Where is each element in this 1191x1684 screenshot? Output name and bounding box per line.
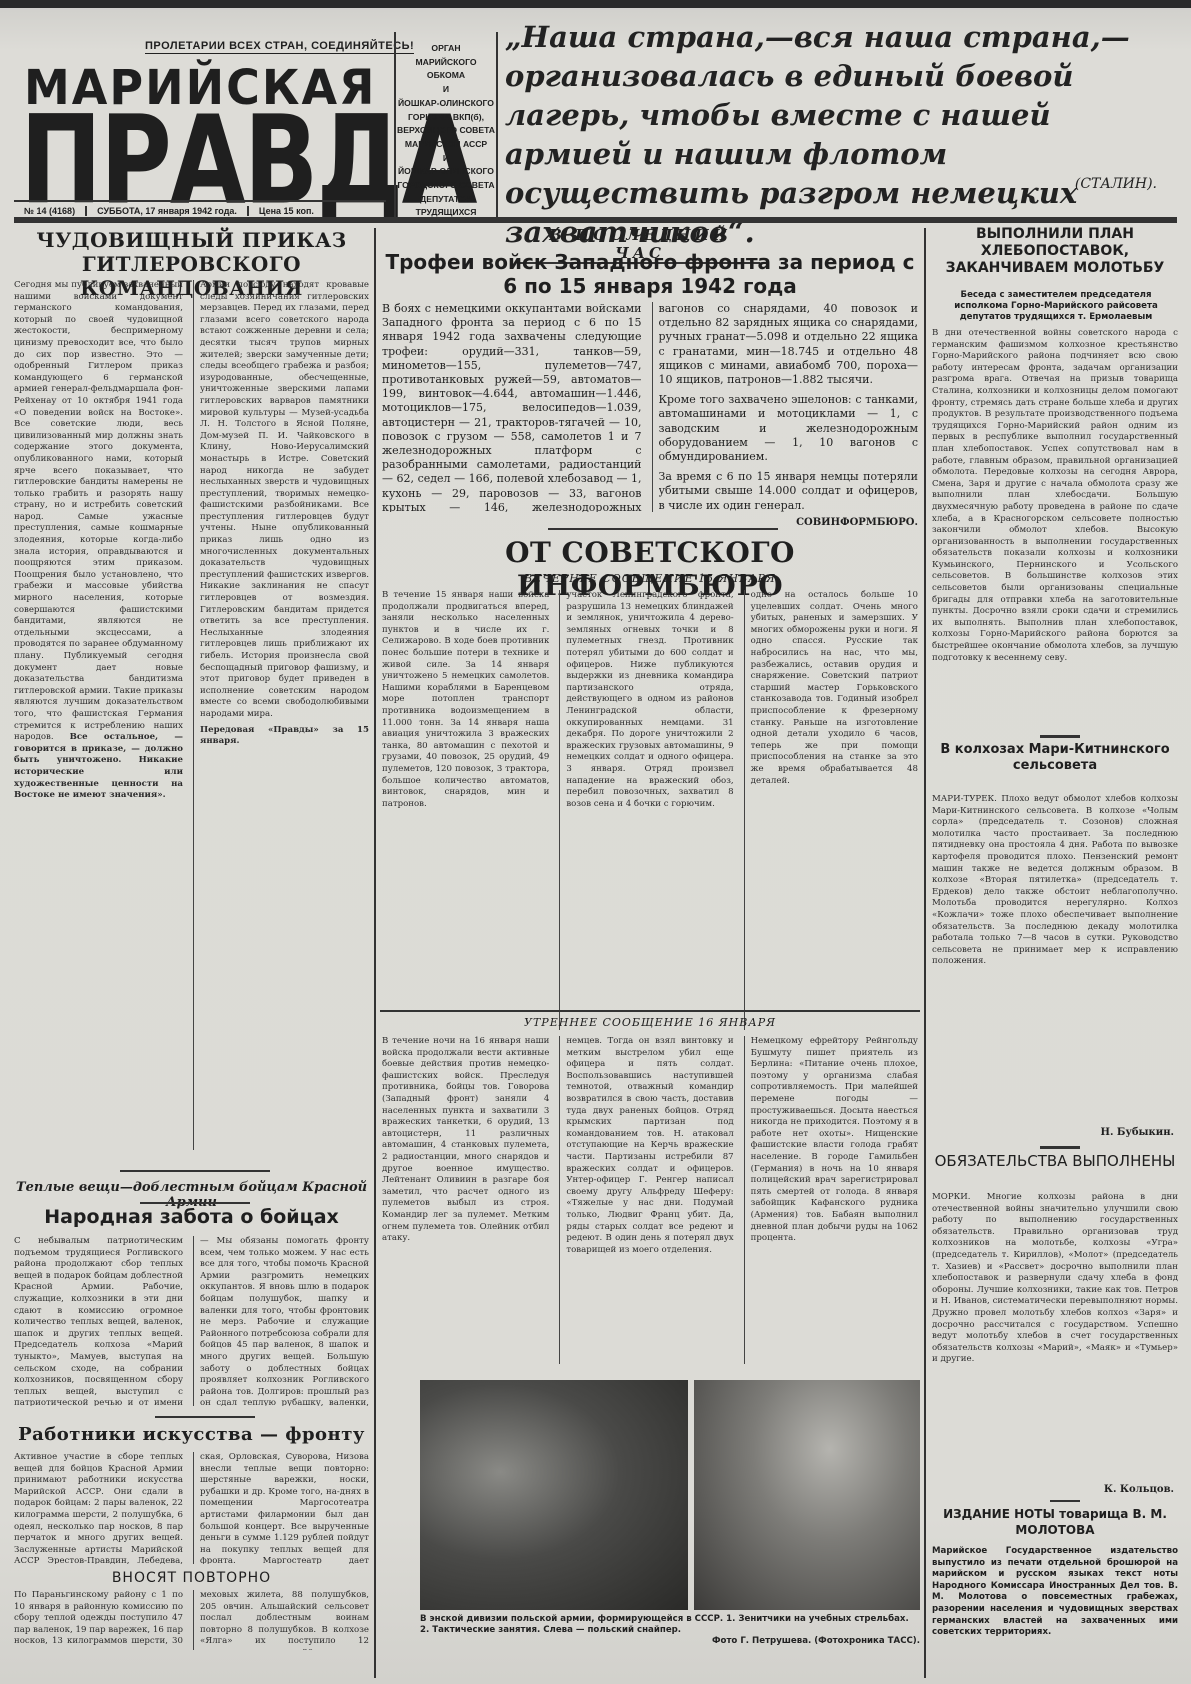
morning-col1: В течение ночи на 16 января наши войска … — [382, 1036, 549, 1364]
order-source: Передовая «Правды» за 15 января. — [200, 725, 369, 747]
divider — [1040, 1146, 1080, 1149]
bread-plan-headline: ВЫПОЛНИЛИ ПЛАН ХЛЕБОПОСТАВОК, ЗАКАНЧИВАЕ… — [930, 226, 1180, 277]
organ-line: ГОРКОМА ВКП(б), — [396, 111, 496, 125]
masthead-rule — [14, 217, 1177, 223]
organ-line: ВЕРХОВНОГО СОВЕТА — [396, 124, 496, 138]
divider — [155, 1416, 255, 1418]
organ-line: ЙОШКАР-ОЛИНСКОГО — [396, 165, 496, 179]
divider — [1040, 735, 1080, 738]
issue-date: СУББОТА, 17 января 1942 года. — [87, 206, 249, 216]
art-workers-body: Активное участие в сборе теплых вещей дл… — [14, 1452, 369, 1564]
issue-price: Цена 15 коп. — [249, 206, 324, 216]
repeat-col2: меховых жилета, 88 полушубков, 205 овчин… — [193, 1590, 369, 1650]
order-col1-end: Все остальное, — говорится в приказе, — … — [14, 732, 183, 800]
molotov-body: Марийское Государственное издательство в… — [932, 1546, 1178, 1656]
bread-plan-subhead: Беседа с заместителем председателя испол… — [934, 290, 1178, 323]
art-workers-col2: ская, Орловская, Суворова, Низова внесли… — [193, 1452, 369, 1564]
evening-col2: участок Ленинградского фронта, разрушила… — [559, 590, 733, 1030]
last-hour-body: В боях с немецкими оккупантами войсками … — [382, 302, 918, 512]
organ-line: ЙОШКАР-ОЛИНСКОГО — [396, 97, 496, 111]
obligations-headline: ОБЯЗАТЕЛЬСТВА ВЫПОЛНЕНЫ — [930, 1152, 1180, 1170]
organ-line: И — [396, 83, 496, 97]
divider — [140, 1202, 250, 1204]
last-hour-col2-p2: Кроме того захвачено эшелонов: с танками… — [659, 393, 919, 464]
last-hour-headline: Трофеи войск Западного фронта за период … — [380, 250, 920, 298]
quote-text: „Наша страна,—вся наша страна,—организов… — [505, 20, 1130, 249]
evening-col1: В течение 15 января наши войска продолжа… — [382, 590, 549, 1030]
repeat-body: По Параньгинскому району с 1 по 10 январ… — [14, 1590, 369, 1650]
order-article-body: Сегодня мы публикуем захваченный нашими … — [14, 280, 369, 1150]
warm-things-col1: С небывалым патриотическим подъемом труд… — [14, 1236, 183, 1406]
organ-line: И — [396, 152, 496, 166]
order-col1: Сегодня мы публикуем захваченный нашими … — [14, 280, 183, 742]
column-rule — [374, 228, 376, 1678]
quote-author: (СТАЛИН). — [1075, 176, 1157, 192]
art-workers-headline: Работники искусства — фронту — [14, 1424, 369, 1445]
obligations-body: МОРКИ. Многие колхозы района в дни отече… — [932, 1192, 1178, 1482]
newspaper-page: ПРОЛЕТАРИИ ВСЕХ СТРАН, СОЕДИНЯЙТЕСЬ! МАР… — [0, 0, 1191, 1684]
organ-line: ДЕПУТАТОВ — [396, 193, 496, 207]
organ-line: МАРИЙСКОЙ АССР — [396, 138, 496, 152]
last-hour-signature: СОВИНФОРМБЮРО. — [659, 517, 919, 528]
warm-things-headline: Народная забота о бойцах — [14, 1206, 369, 1228]
warm-things-body: С небывалым патриотическим подъемом труд… — [14, 1236, 369, 1406]
morning-report-body: В течение ночи на 16 января наши войска … — [382, 1036, 918, 1364]
photo-credit: Фото Г. Петрушева. (Фотохроника ТАСС). — [420, 1636, 920, 1647]
bread-plan-body: В дни отечественной войны советского нар… — [932, 328, 1178, 728]
organ-line: ОРГАН — [396, 42, 496, 56]
repeat-headline: ВНОСЯТ ПОВТОРНО — [14, 1570, 369, 1586]
divider — [380, 1010, 920, 1012]
obligations-signature: К. Кольцов. — [932, 1484, 1174, 1495]
organ-line: МАРИЙСКОГО ОБКОМА — [396, 56, 496, 83]
photo-caption: В энской дивизии польской армии, формиру… — [420, 1614, 920, 1647]
order-col2: Армии повсюду находят кровавые следы хоз… — [200, 280, 369, 719]
morning-col3: Немецкому ефрейтору Рейнгольду Бушмуту п… — [744, 1036, 918, 1364]
evening-report-body: В течение 15 января наши войска продолжа… — [382, 590, 918, 1030]
morning-col2: немцев. Тогда он взял винтовку и метким … — [559, 1036, 733, 1364]
stalin-quote: „Наша страна,—вся наша страна,—организов… — [505, 18, 1185, 218]
evening-col3: одно на осталось больше 10 уцелевших сол… — [744, 590, 918, 1030]
photo-caption-text: В энской дивизии польской армии, формиру… — [420, 1614, 909, 1635]
evening-report-title: ВЕЧЕРНЕЕ СООБЩЕНИЕ 15 ЯНВАРЯ — [380, 572, 920, 585]
molotov-headline: ИЗДАНИЕ НОТЫ товарища В. М. МОЛОТОВА — [930, 1506, 1180, 1538]
photo-anti-aircraft-gunners — [420, 1380, 688, 1610]
morning-report-title: УТРЕННЕЕ СООБЩЕНИЕ 16 ЯНВАРЯ — [380, 1016, 920, 1029]
kolkhoz-body: МАРИ-ТУРЕК. Плохо ведут обмолот хлебов к… — [932, 794, 1178, 1124]
repeat-col1: По Параньгинскому району с 1 по 10 январ… — [14, 1590, 183, 1650]
kolkhoz-signature: Н. Бубыкин. — [932, 1127, 1174, 1138]
photo-polish-sniper — [694, 1380, 920, 1610]
warm-things-col2: — Мы обязаны помогать фронту всем, чем т… — [193, 1236, 369, 1406]
divider — [120, 1170, 270, 1172]
last-hour-col2-p3: За время с 6 по 15 января немцы потеряли… — [659, 470, 919, 513]
art-workers-col1: Активное участие в сборе теплых вещей дл… — [14, 1452, 183, 1564]
scan-edge — [0, 0, 1191, 8]
column-rule — [924, 228, 926, 1678]
last-hour-col1: В боях с немецкими оккупантами войсками … — [382, 302, 642, 512]
organ-line: ГОРОДСКОГО СОВЕТА — [396, 179, 496, 193]
publisher-organ-box: ОРГАН МАРИЙСКОГО ОБКОМА И ЙОШКАР-ОЛИНСКО… — [394, 32, 498, 217]
slogan: ПРОЛЕТАРИИ ВСЕХ СТРАН, СОЕДИНЯЙТЕСЬ! — [145, 40, 414, 54]
divider — [1050, 1500, 1080, 1502]
issue-number: № 14 (4168) — [14, 206, 87, 216]
divider — [548, 528, 778, 530]
kolkhoz-headline: В колхозах Мари-Китнинского сельсовета — [930, 742, 1180, 774]
last-hour-col2: вагонов со снарядами, 40 повозок и отдел… — [659, 302, 919, 387]
